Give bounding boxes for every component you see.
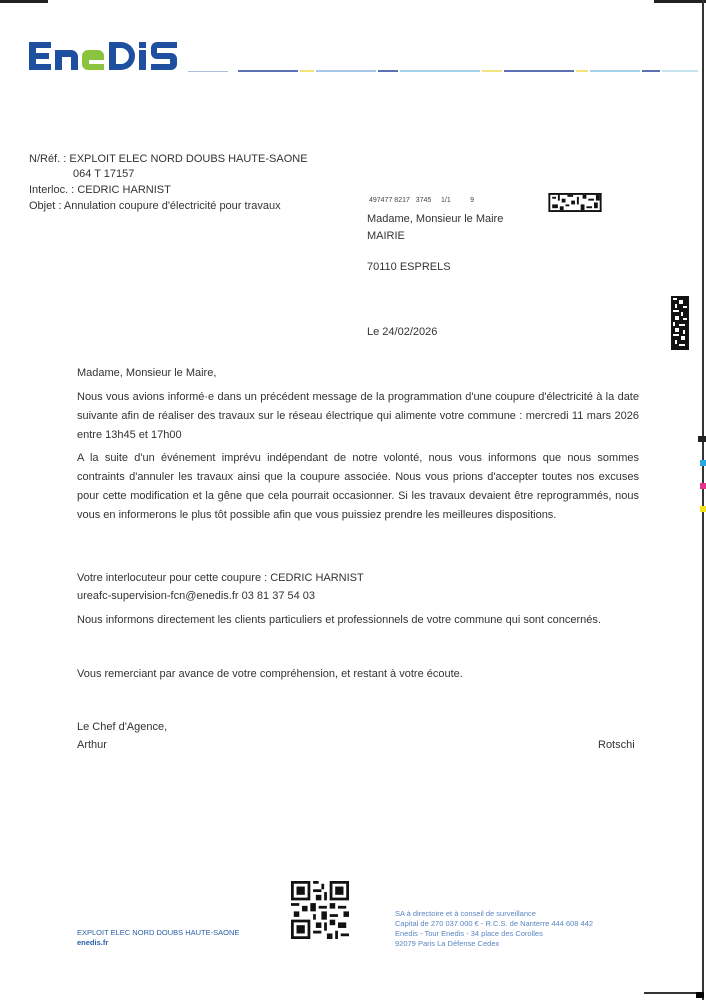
corner-mark	[696, 992, 704, 998]
objet-value: Annulation coupure d'électricité pour tr…	[64, 200, 281, 212]
footer-legal-line-1: SA à directoire et à conseil de surveill…	[395, 909, 593, 919]
letter-date: Le 24/02/2026	[367, 326, 437, 338]
enedis-logo	[27, 38, 182, 74]
footer-website-link[interactable]: enedis.fr	[77, 938, 239, 948]
logo-decorative-rule	[188, 70, 698, 73]
signature-first-name: Arthur	[77, 736, 639, 755]
scan-mark-top-left	[0, 0, 48, 3]
salutation: Madame, Monsieur le Maire,	[77, 364, 639, 383]
paragraph-2: A la suite d'un événement imprévu indépe…	[77, 449, 639, 525]
footer-legal-line-4: 92079 Paris La Défense Cedex	[395, 939, 593, 949]
contact-line: Votre interlocuteur pour cette coupure :…	[77, 569, 639, 588]
recipient-line-3: 70110 ESPRELS	[367, 261, 451, 273]
footer-legal: SA à directoire et à conseil de surveill…	[395, 909, 593, 949]
print-mark-cyan	[700, 460, 706, 466]
reference-code: 064 T 17157	[73, 166, 134, 182]
interloc-label: Interloc. :	[29, 184, 74, 196]
signature-title: Le Chef d'Agence,	[77, 718, 639, 737]
signature-last-name: Rotschi	[598, 736, 635, 755]
page-edge-right	[702, 0, 704, 1000]
recipient-line-1: Madame, Monsieur le Maire	[367, 213, 503, 225]
print-mark-black	[698, 436, 706, 442]
print-mark-magenta	[700, 483, 706, 489]
info-paragraph: Nous informons directement les clients p…	[77, 611, 639, 630]
footer-legal-line-3: Enedis - Tour Enedis - 34 place des Coro…	[395, 929, 593, 939]
vertical-datamatrix-code	[671, 296, 689, 350]
nref-value: EXPLOIT ELEC NORD DOUBS HAUTE-SAONE	[69, 153, 307, 165]
reference-nref: N/Réf. : EXPLOIT ELEC NORD DOUBS HAUTE-S…	[29, 151, 308, 167]
footer-left: EXPLOIT ELEC NORD DOUBS HAUTE-SAONE ened…	[77, 928, 239, 948]
footer-legal-line-2: Capital de 270 037 000 € - R.C.S. de Nan…	[395, 919, 593, 929]
objet-label: Objet :	[29, 200, 61, 212]
reference-interloc: Interloc. : CEDRIC HARNIST	[29, 182, 171, 198]
closing-paragraph: Vous remerciant par avance de votre comp…	[77, 665, 639, 684]
paragraph-1: Nous vous avions informé·e dans un précé…	[77, 388, 639, 445]
postal-sorting-code: 497477 8217 3745 1/1 9	[369, 197, 474, 204]
contact-email-phone: ureafc-supervision-fcn@enedis.fr 03 81 3…	[77, 587, 639, 606]
interloc-value: CEDRIC HARNIST	[77, 184, 171, 196]
reference-objet: Objet : Annulation coupure d'électricité…	[29, 198, 281, 214]
footer-unit-name: EXPLOIT ELEC NORD DOUBS HAUTE-SAONE	[77, 928, 239, 938]
page-edge-bottom	[644, 992, 704, 994]
scan-mark-top-right	[654, 0, 706, 3]
recipient-line-2: MAIRIE	[367, 230, 405, 242]
print-mark-yellow	[700, 506, 706, 512]
nref-label: N/Réf. :	[29, 153, 66, 165]
qr-code	[291, 881, 349, 939]
datamatrix-code	[547, 193, 603, 212]
